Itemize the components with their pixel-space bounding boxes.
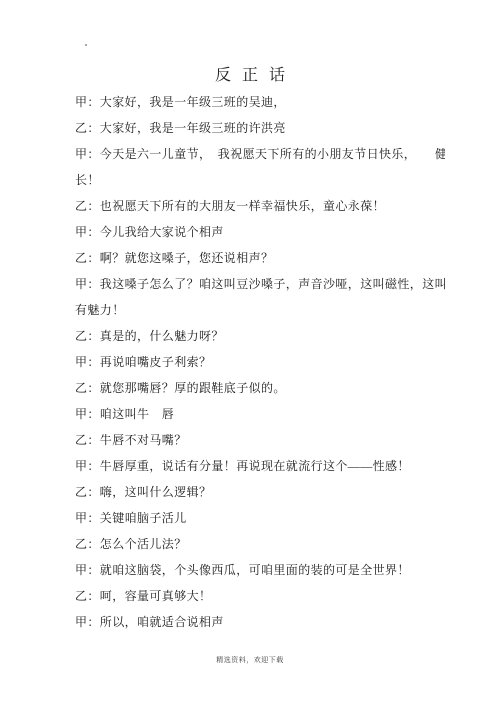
script-line: 甲：关键咱脑子活儿 xyxy=(75,505,445,531)
script-line: 乙：大家好，我是一年级三班的许洪亮 xyxy=(75,115,445,141)
document-title: 反正话 xyxy=(0,62,500,85)
page-footer-note: 精选资料，欢迎下载 xyxy=(0,655,500,665)
script-line: 乙：就您那嘴唇？厚的跟鞋底子似的。 xyxy=(75,375,445,401)
document-page: 反正话 甲：大家好，我是一年级三班的吴迪，乙：大家好，我是一年级三班的许洪亮甲：… xyxy=(0,0,500,708)
script-line: 乙：呵，容量可真够大！ xyxy=(75,583,445,609)
script-line: 甲：所以，咱就适合说相声 xyxy=(75,609,445,635)
script-line: 甲：今儿我给大家说个相声 xyxy=(75,219,445,245)
script-line: 甲：我这嗓子怎么了？咱这叫豆沙嗓子，声音沙哑，这叫磁性，这叫 xyxy=(75,271,445,297)
script-line: 甲：牛唇厚重，说话有分量！再说现在就流行这个——性感！ xyxy=(75,453,445,479)
script-line: 甲：再说咱嘴皮子利索？ xyxy=(75,349,445,375)
script-line: 长！ xyxy=(75,167,445,193)
script-line: 甲：咱这叫牛 唇 xyxy=(75,401,445,427)
script-line: 甲：就咱这脑袋，个头像西瓜，可咱里面的装的可是全世界！ xyxy=(75,557,445,583)
script-line: 甲：今天是六一儿童节， 我祝愿天下所有的小朋友节日快乐， 健康成 xyxy=(75,141,445,167)
dialogue-lines: 甲：大家好，我是一年级三班的吴迪，乙：大家好，我是一年级三班的许洪亮甲：今天是六… xyxy=(75,89,445,635)
script-line: 乙：啊？就您这嗓子，您还说相声？ xyxy=(75,245,445,271)
script-line: 乙：牛唇不对马嘴？ xyxy=(75,427,445,453)
script-line: 乙：嗨，这叫什么逻辑？ xyxy=(75,479,445,505)
stray-dot-mark xyxy=(85,44,87,46)
script-line: 甲：大家好，我是一年级三班的吴迪， xyxy=(75,89,445,115)
script-line: 乙：也祝愿天下所有的大朋友一样幸福快乐，童心永葆！ xyxy=(75,193,445,219)
script-line: 有魅力！ xyxy=(75,297,445,323)
script-line: 乙：怎么个活儿法？ xyxy=(75,531,445,557)
script-line: 乙：真是的，什么魅力呀？ xyxy=(75,323,445,349)
